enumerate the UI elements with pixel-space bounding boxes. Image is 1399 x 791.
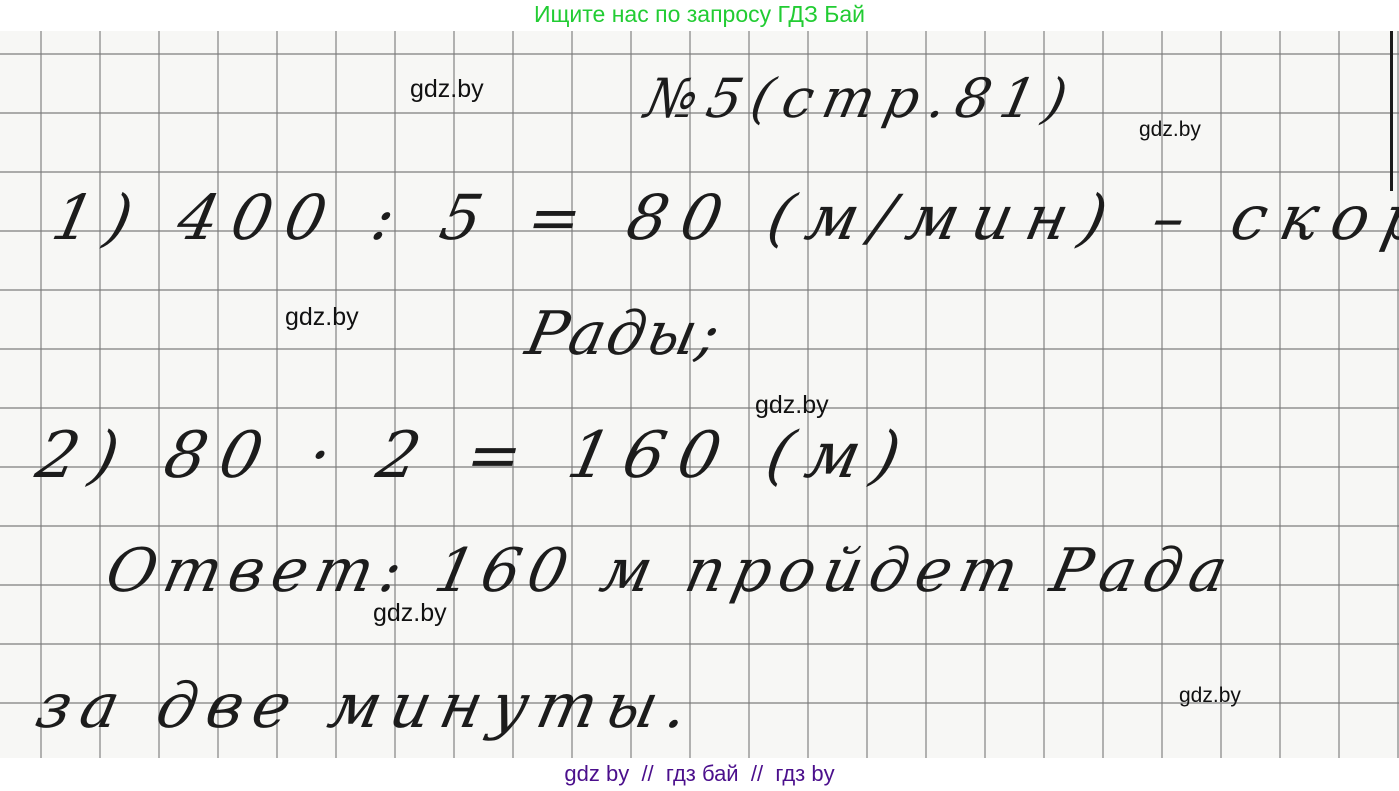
watermark: gdz.by xyxy=(1179,684,1241,708)
footer-link-gdz-bai[interactable]: гдз бай xyxy=(666,761,739,786)
site-footer: gdz by // гдз бай // гдз by xyxy=(0,758,1399,791)
solution-step-2: 2) 80 · 2 = 160 (м) xyxy=(30,419,921,493)
watermark: gdz.by xyxy=(410,75,484,104)
answer-line-1: Ответ: 160 м пройдет Рада xyxy=(100,536,1241,606)
watermark: gdz.by xyxy=(373,599,447,628)
search-hint-banner: Ищите нас по запросу ГДЗ Бай xyxy=(0,0,1399,31)
footer-link-gdz-by-cyr[interactable]: гдз by xyxy=(775,761,834,786)
footer-separator: // xyxy=(641,761,653,786)
footer-link-gdz-by[interactable]: gdz by xyxy=(564,761,629,786)
page-edge-line xyxy=(1390,31,1393,191)
watermark: gdz.by xyxy=(755,391,829,420)
exercise-title: №5(стр.81) xyxy=(640,67,1083,130)
solution-step-1-continued: Рады; xyxy=(520,299,728,369)
answer-line-2: за две минуты. xyxy=(30,669,705,742)
watermark: gdz.by xyxy=(285,303,359,332)
watermark: gdz.by xyxy=(1139,118,1201,142)
banner-text: Ищите нас по запросу ГДЗ Бай xyxy=(534,1,865,27)
footer-separator: // xyxy=(751,761,763,786)
solution-step-1: 1) 400 : 5 = 80 (м/мин) – скорость xyxy=(46,181,1399,254)
